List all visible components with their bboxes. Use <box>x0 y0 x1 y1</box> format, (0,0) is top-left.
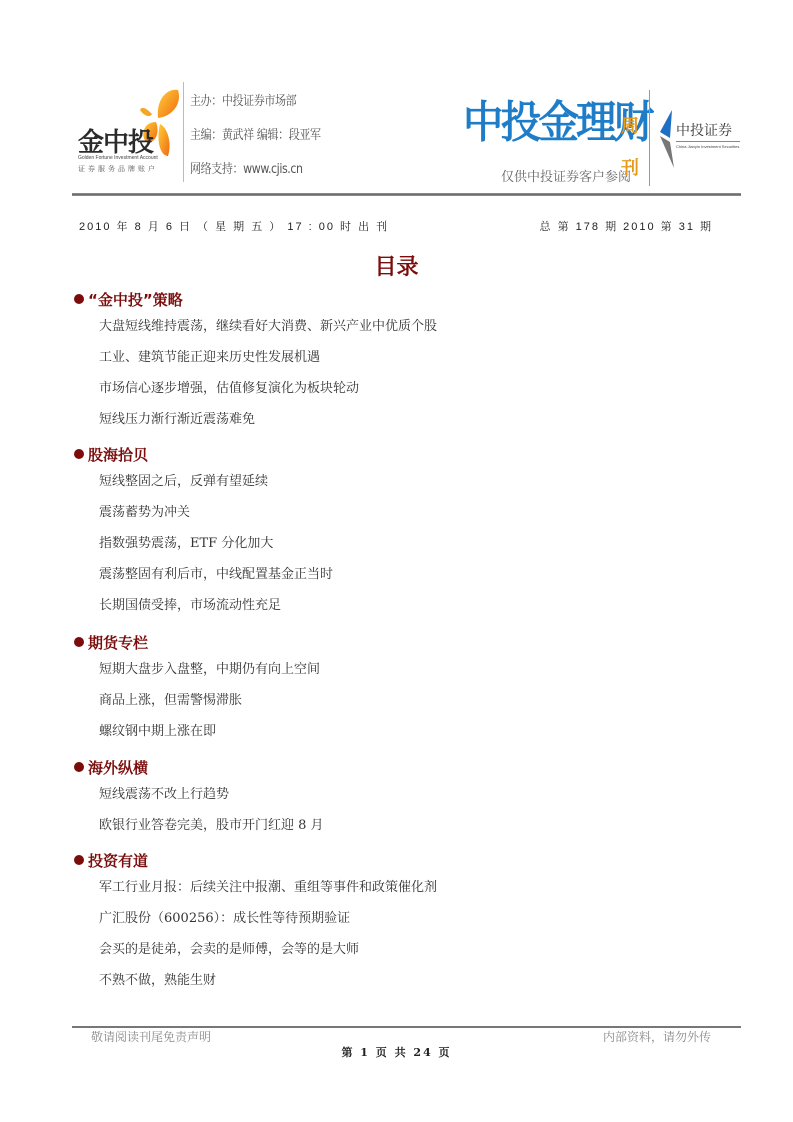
chevron-logo-icon <box>658 108 676 170</box>
toc-item[interactable]: 军工行业月报：后续关注中报潮、重组等事件和政策催化剂 <box>72 872 732 903</box>
toc-item[interactable]: 欧银行业答卷完美，股市开门红迎 8 月 <box>72 810 732 841</box>
section-heading-label: 股海拾贝 <box>88 444 148 465</box>
section-heading-label: 海外纵横 <box>88 757 148 778</box>
section-heading[interactable]: 投资有道 <box>72 848 732 872</box>
toc-item[interactable]: 短线压力渐行渐近震荡难免 <box>72 404 732 435</box>
toc-section-overseas: 海外纵横 短线震荡不改上行趋势 欧银行业答卷完美，股市开门红迎 8 月 <box>72 755 732 841</box>
toc-item[interactable]: 短线震荡不改上行趋势 <box>72 779 732 810</box>
section-heading[interactable]: “金中投”策略 <box>72 287 732 311</box>
issue-number: 总 第 178 期 2010 第 31 期 <box>540 218 713 234</box>
china-jianyin-logo: 中投证券 China Jianyin Investment Securities <box>656 108 746 178</box>
toc-section-strategy: “金中投”策略 大盘短线维持震荡，继续看好大消费、新兴产业中优质个股 工业、建筑… <box>72 287 732 435</box>
toc-section-stock-sea: 股海拾贝 短线整固之后，反弹有望延续 震荡蓄势为冲关 指数强势震荡，ETF 分化… <box>72 442 732 621</box>
right-logo-rule <box>676 141 740 142</box>
logo-english: Golden Fortune Investment Account <box>78 155 158 161</box>
toc-item[interactable]: 短线整固之后，反弹有望延续 <box>72 466 732 497</box>
toc-item[interactable]: 工业、建筑节能正迎来历史性发展机遇 <box>72 342 732 373</box>
page-number: 第 1 页 共 24 页 <box>0 1044 793 1060</box>
toc-item[interactable]: 不熟不做，熟能生财 <box>72 965 732 996</box>
section-heading[interactable]: 海外纵横 <box>72 755 732 779</box>
footer-disclaimer-note: 敬请阅读刊尾免责声明 <box>91 1028 211 1045</box>
section-heading[interactable]: 期货专栏 <box>72 630 732 654</box>
toc-item[interactable]: 商品上涨，但需警惕滞胀 <box>72 685 732 716</box>
weekly-char-1: 周 <box>621 112 639 138</box>
toc-item[interactable]: 长期国债受捧，市场流动性充足 <box>72 590 732 621</box>
weekly-char-2: 刊 <box>621 154 639 180</box>
footer-internal-note: 内部资料，请勿外传 <box>603 1028 711 1045</box>
header-divider <box>183 82 184 182</box>
section-heading-label: “金中投”策略 <box>88 289 183 310</box>
toc-section-futures: 期货专栏 短期大盘步入盘整，中期仍有向上空间 商品上涨，但需警惕滞胀 螺纹钢中期… <box>72 630 732 747</box>
bullet-icon <box>74 762 84 772</box>
logo-name: 金中投 <box>78 122 153 159</box>
info-editors: 主编：黄武祥 编辑：段亚军 <box>190 124 321 143</box>
section-heading-label: 期货专栏 <box>88 632 148 653</box>
info-sponsor: 主办：中投证券市场部 <box>190 90 296 109</box>
toc-item[interactable]: 广汇股份（600256）：成长性等待预期验证 <box>72 903 732 934</box>
bullet-icon <box>74 637 84 647</box>
logo-tagline: 证券服务品牌账户 <box>78 164 158 174</box>
toc-item[interactable]: 短期大盘步入盘整，中期仍有向上空间 <box>72 654 732 685</box>
toc-item[interactable]: 市场信心逐步增强，估值修复演化为板块轮动 <box>72 373 732 404</box>
jinzhongtou-logo: 金中投 Golden Fortune Investment Account 证券… <box>72 84 182 184</box>
brand-subtitle: 仅供中投证券客户参阅 <box>501 166 631 185</box>
toc-section-investing: 投资有道 军工行业月报：后续关注中报潮、重组等事件和政策催化剂 广汇股份（600… <box>72 848 732 996</box>
toc-title: 目录 <box>0 250 793 281</box>
info-website: 网络支持：www.cjis.cn <box>190 158 303 177</box>
right-logo-name: 中投证券 <box>676 120 732 140</box>
section-heading[interactable]: 股海拾贝 <box>72 442 732 466</box>
bullet-icon <box>74 855 84 865</box>
toc-item[interactable]: 大盘短线维持震荡，继续看好大消费、新兴产业中优质个股 <box>72 311 732 342</box>
publish-date: 2010 年 8 月 6 日 （ 星 期 五 ） 17 : 00 时 出 刊 <box>79 218 389 234</box>
right-logo-english: China Jianyin Investment Securities <box>676 144 739 149</box>
section-heading-label: 投资有道 <box>88 850 148 871</box>
bullet-icon <box>74 449 84 459</box>
toc-item[interactable]: 震荡整固有利后市，中线配置基金正当时 <box>72 559 732 590</box>
toc-item[interactable]: 指数强势震荡，ETF 分化加大 <box>72 528 732 559</box>
toc-item[interactable]: 震荡蓄势为冲关 <box>72 497 732 528</box>
brand-divider <box>649 90 650 186</box>
toc-item[interactable]: 螺纹钢中期上涨在即 <box>72 716 732 747</box>
toc-item[interactable]: 会买的是徒弟，会卖的是师傅，会等的是大师 <box>72 934 732 965</box>
bullet-icon <box>74 294 84 304</box>
header-rule <box>72 193 741 196</box>
